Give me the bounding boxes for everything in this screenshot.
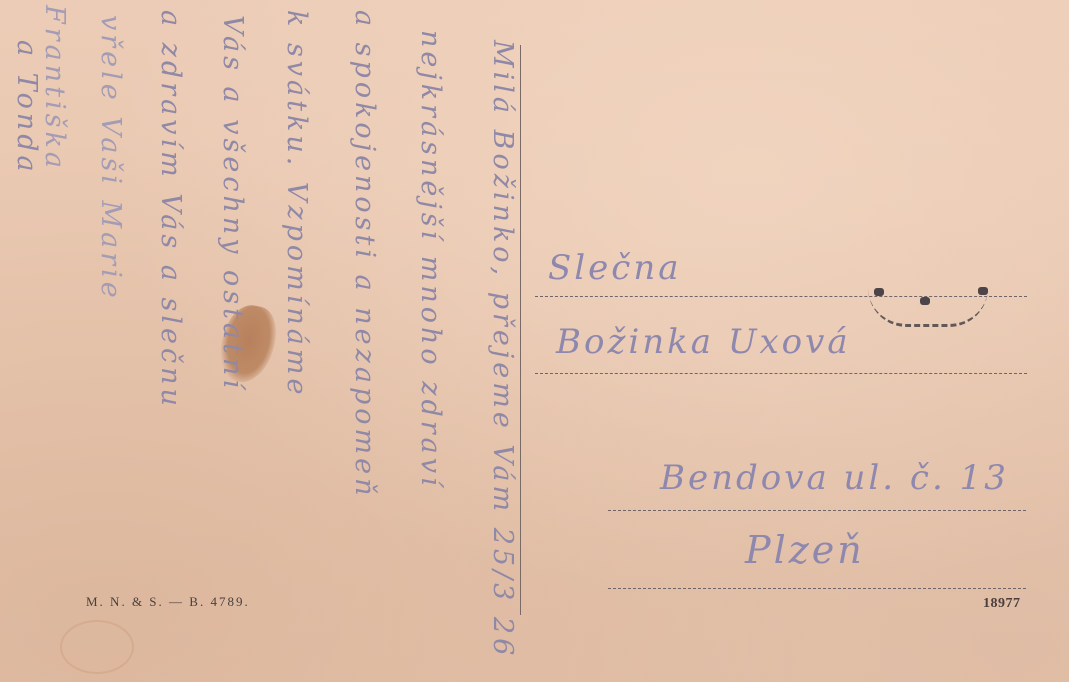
- address-line-rule-1: [535, 296, 1027, 297]
- message-line-6: a zdravím Vás a slečnu: [155, 10, 186, 410]
- address-line-rule-3: [608, 510, 1026, 511]
- address-salutation: Slečna: [548, 248, 682, 288]
- message-line-8: Františka: [39, 5, 70, 172]
- postcard-back: Milá Božinko, přejeme Vám 25/3 26 nejkrá…: [0, 0, 1069, 682]
- center-divider: [520, 45, 521, 615]
- message-line-7: vřele Vaši Marie: [95, 15, 126, 302]
- postmark-mark: [978, 287, 988, 295]
- address-street: Bendova ul. č. 13: [660, 458, 1009, 498]
- message-line-5: Vás a všechny ostatní: [217, 15, 248, 392]
- message-line-4: k svátku. Vzpomínáme: [281, 10, 312, 398]
- message-line-2: nejkrásnější mnoho zdraví: [415, 30, 446, 490]
- postmark-fragment: [868, 288, 988, 327]
- message-line-9: a Tonda: [11, 40, 42, 176]
- message-line-3: a spokojenosti a nezapomeň: [349, 10, 380, 500]
- postmark-mark: [874, 288, 884, 296]
- postmark-mark: [920, 297, 930, 305]
- address-name: Božinka Uxová: [556, 322, 851, 362]
- faint-stain-ring: [60, 620, 134, 674]
- message-line-1: Milá Božinko, přejeme Vám 25/3 26: [487, 40, 518, 659]
- publisher-mark: M. N. & S. — B. 4789.: [86, 594, 250, 610]
- card-number: 18977: [983, 596, 1021, 612]
- address-line-rule-4: [608, 588, 1026, 589]
- address-line-rule-2: [535, 373, 1027, 374]
- address-city: Plzeň: [745, 528, 865, 572]
